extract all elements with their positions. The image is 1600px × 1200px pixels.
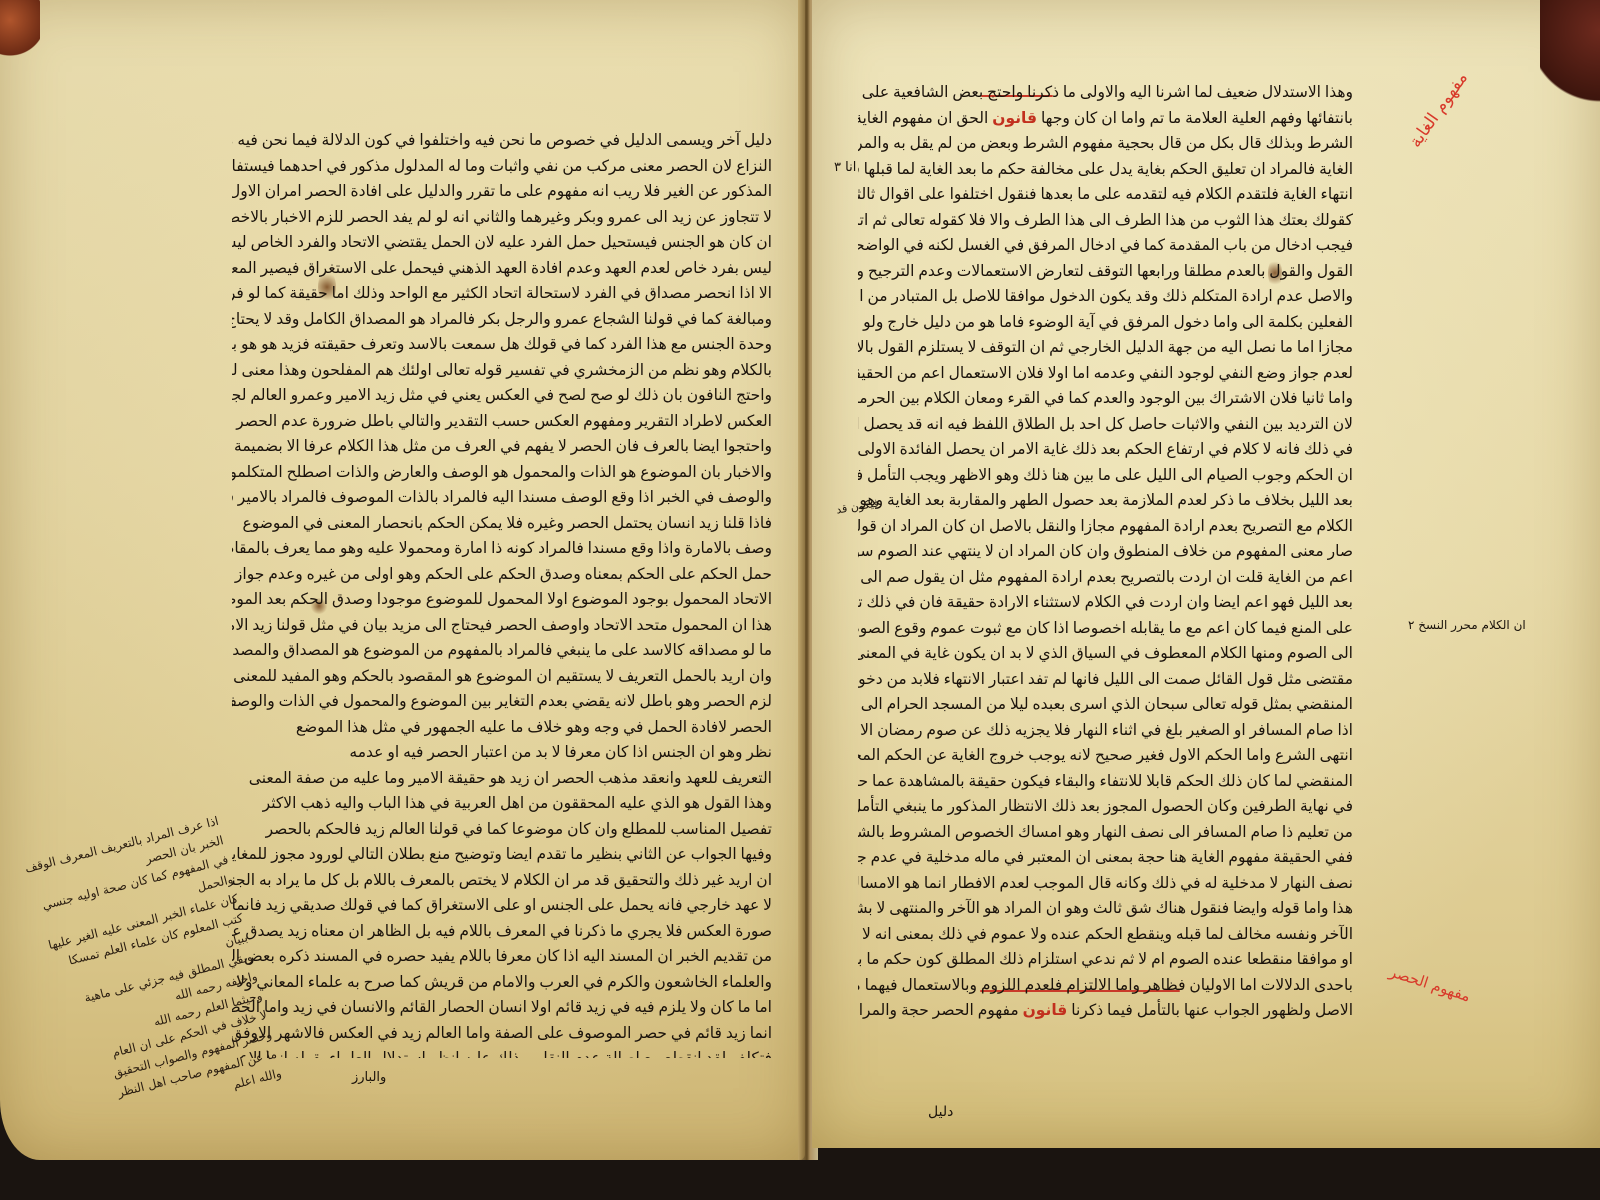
text-line: ان اريد غير ذلك والتحقيق قد مر ان الكلام… xyxy=(232,868,772,894)
text-line: والعلماء الخاشعون والكرم في العرب والاما… xyxy=(232,970,772,996)
text-line: على المنع فيما كان اعم مع ما يقابله اخصو… xyxy=(858,616,1353,642)
rubric-qanun: قانون xyxy=(1023,1001,1068,1019)
text-line: في ذلك فانه لا كلام في ارتفاع الحكم بعد … xyxy=(858,437,1353,463)
text-line: وحدة الجنس مع هذا الفرد كما في قولك هل س… xyxy=(232,332,772,358)
text-line: مقتضى مثل قول القائل صمت الى الليل فانها… xyxy=(858,667,1353,693)
text-line: بعد الليل فهو اعم ايضا وان اردت في الكلا… xyxy=(858,590,1353,616)
text-line: الآخر ونفسه مخالف لما قبله وينقطع الحكم … xyxy=(858,922,1353,948)
text-line: ما لو مصداقه كالاسد على ما ينبغي فالمراد… xyxy=(232,638,772,664)
text-line: تفصيل المناسب للمطلع وان كان موضوعا كما … xyxy=(232,817,772,843)
text-line: المنقضي لما كان ذلك الحكم قابلا للانتفاء… xyxy=(858,769,1353,795)
text-line: اما ما كان ولا يلزم فيه في زيد قائم اولا… xyxy=(232,995,772,1021)
text-line-with-rubric: الاصل ولظهور الجواب عنها بالتأمل فيما ذك… xyxy=(858,998,1353,1020)
text-line: فيجب ادخال من باب المقدمة كما في ادخال ا… xyxy=(858,233,1353,259)
text-line: اعم من الغاية قلت ان اردت بالتصريح بعدم … xyxy=(858,565,1353,591)
text-line: هذا واما قوله وايضا فنقول هناك شق ثالث و… xyxy=(858,896,1353,922)
folio-marker: انا ٣ xyxy=(834,160,856,175)
thumb-finger xyxy=(0,0,40,60)
text-line: لا تتجاوز عن زيد الى عمرو وبكر وغيرهما و… xyxy=(232,205,772,231)
text-line: التعريف للعهد وانعقد مذهب الحصر ان زيد ه… xyxy=(232,766,772,792)
text-line: كقولك بعتك هذا الثوب من هذا الطرف الى هذ… xyxy=(858,208,1353,234)
text-line: الشرط وبذلك قال بكل من قال بحجية مفهوم ا… xyxy=(858,131,1353,157)
text-line: صورة العكس فلا يجري ما ذكرنا في المعرف ب… xyxy=(232,919,772,945)
text-line: من تقديم الخبر ان المسند اليه اذا كان مع… xyxy=(232,944,772,970)
text-line: اذا صام المسافر او الصغير بلغ في اثناء ا… xyxy=(858,718,1353,744)
text-line: وهذا الاستدلال ضعيف لما اشرنا اليه والاو… xyxy=(858,80,1353,106)
text-line: باحدى الدلالات اما الاوليان فظاهر واما ا… xyxy=(858,973,1353,999)
text-line: الغاية فالمراد ان تعليق الحكم بغاية يدل … xyxy=(858,157,1353,183)
text-line: والاخبار بان الموضوع هو الذات والمحمول ه… xyxy=(232,460,772,486)
text-line: الحصر لافادة الحمل في وجه وهو خلاف ما عل… xyxy=(232,715,772,741)
text-line: القول والقول بالعدم مطلقا ورابعها التوقف… xyxy=(858,259,1353,285)
left-page: دليل آخر ويسمى الدليل في خصوص ما نحن فيه… xyxy=(0,0,805,1160)
text-line: الى الصوم ومنها الكلام المعطوف في السياق… xyxy=(858,641,1353,667)
text-line: لعدم جواز وضع النفي لوجود النفي وعدمه ام… xyxy=(858,361,1353,387)
text-line: الكلام مع التصريح بعدم ارادة المفهوم مجا… xyxy=(858,514,1353,540)
text-line: المذكور عن الغير فلا ريب انه مفهوم على م… xyxy=(232,179,772,205)
text-line: ومبالغة كما في قولنا الشجاع عمرو والرجل … xyxy=(232,307,772,333)
text-line: نصف النهار لا مدخلية له في ذلك وكانه قال… xyxy=(858,871,1353,897)
text-line: فاذا قلنا زيد انسان يحتمل الحصر وغيره فل… xyxy=(232,511,772,537)
text-line: انما زيد قائم في حصر الموصوف على الصفة و… xyxy=(232,1021,772,1047)
text-line: والوصف في الخبر اذا وقع الوصف مسندا اليه… xyxy=(232,485,772,511)
text-line: انتهى الشرع واما الحكم الاول فغير صحيح ل… xyxy=(858,743,1353,769)
text-line: المنقضي بمثل قوله تعالى سبحان الذي اسرى … xyxy=(858,692,1353,718)
rubric-qanun: قانون xyxy=(992,109,1037,127)
text-line: لزم الحصر وهو باطل لانه يقضي بعدم التغاي… xyxy=(232,689,772,715)
text-line: العكس لاطراد التقرير ومفهوم العكس حسب ال… xyxy=(232,409,772,435)
text-line: صار معنى المفهوم من خلاف المنطوق وان كان… xyxy=(858,539,1353,565)
margin-note-mid: ان الكلام محرر النسخ ٢ xyxy=(1408,618,1526,632)
text-line: او موافقا منقطعا عنده الصوم ام لا ثم ندع… xyxy=(858,947,1353,973)
catchword: دليل xyxy=(928,1104,953,1120)
manuscript-spread: دليل آخر ويسمى الدليل في خصوص ما نحن فيه… xyxy=(0,0,1600,1200)
text-line: وصف بالامارة واذا وقع مسندا فالمراد كونه… xyxy=(232,536,772,562)
text-line: مجازا اما ما نصل اليه من جهة الدليل الخا… xyxy=(858,335,1353,361)
text-line-with-rubric: بانتفائها وفهم العلية العلامة ما تم واما… xyxy=(858,106,1353,132)
text-line: لا عهد خارجي فانه يحمل على الجنس او على … xyxy=(232,893,772,919)
text-line: واما ثانيا فلان الاشتراك بين الوجود والع… xyxy=(858,386,1353,412)
text-line: من تعليم ذا صام المسافر الى نصف النهار و… xyxy=(858,820,1353,846)
catchword: والبارز xyxy=(352,1070,386,1085)
text-line: فتكلف لقد انقطع مع اصالة عدم النقل وبذلك… xyxy=(232,1046,772,1058)
text-line: وفيها الجواب عن الثاني بنظير ما تقدم ايض… xyxy=(232,842,772,868)
text-line: لان الترديد بين النفي والاثبات حاصل كل ا… xyxy=(858,412,1353,438)
text-line: حمل الحكم على الحكم بمعناه وصدق الحكم عل… xyxy=(232,562,772,588)
text-line: الا اذا انحصر مصداق في الفرد لاستحالة ات… xyxy=(232,281,772,307)
text-line: بالكلام وهو نظم من الزمخشري في تفسير قول… xyxy=(232,358,772,384)
text-line: ان كان هو الجنس فيستحيل حمل الفرد عليه ل… xyxy=(232,230,772,256)
text-line: هذا ان المحمول متحد الاتحاد واوصف الحصر … xyxy=(232,613,772,639)
text-line: نظر وهو ان الجنس اذا كان معرفا لا بد من … xyxy=(232,740,772,766)
text-line: واحتج النافون بان ذلك لو صح لصح في العكس… xyxy=(232,383,772,409)
right-main-text: وهذا الاستدلال ضعيف لما اشرنا اليه والاو… xyxy=(858,80,1353,1020)
text-line: وهذا القول هو الذي عليه المحققون من اهل … xyxy=(232,791,772,817)
text-line: والاصل عدم ارادة المتكلم ذلك وقد يكون ال… xyxy=(858,284,1353,310)
text-line: انتهاء الغاية فلتقدم الكلام فيه لتقدمه ع… xyxy=(858,182,1353,208)
text-line: ليس بفرد خاص لعدم العهد وعدم افادة العهد… xyxy=(232,256,772,282)
text-line: في نهاية الطرفين وكان الحصول المجوز بعد … xyxy=(858,794,1353,820)
text-line: الاتحاد المحمول بوجود الموضوع اولا المحم… xyxy=(232,587,772,613)
text-line: ان الحكم وجوب الصيام الى الليل على ما بي… xyxy=(858,463,1353,489)
text-line: ففي الحقيقة مفهوم الغاية هنا حجة بمعنى ا… xyxy=(858,845,1353,871)
text-line: بعد الليل بخلاف ما ذكر لعدم الملازمة بعد… xyxy=(858,488,1353,514)
text-line: الفعلين بكلمة الى واما دخول المرفق في آي… xyxy=(858,310,1353,336)
text-line: دليل آخر ويسمى الدليل في خصوص ما نحن فيه… xyxy=(232,128,772,154)
text-line: واحتجوا ايضا بالعرف فان الحصر لا يفهم في… xyxy=(232,434,772,460)
text-line: النزاع لان الحصر معنى مركب من نفي واثبات… xyxy=(232,154,772,180)
text-line: وان اريد بالحمل التعريف لا يستقيم ان الم… xyxy=(232,664,772,690)
left-main-text: دليل آخر ويسمى الدليل في خصوص ما نحن فيه… xyxy=(232,128,772,1058)
thumb-finger xyxy=(1540,0,1600,110)
